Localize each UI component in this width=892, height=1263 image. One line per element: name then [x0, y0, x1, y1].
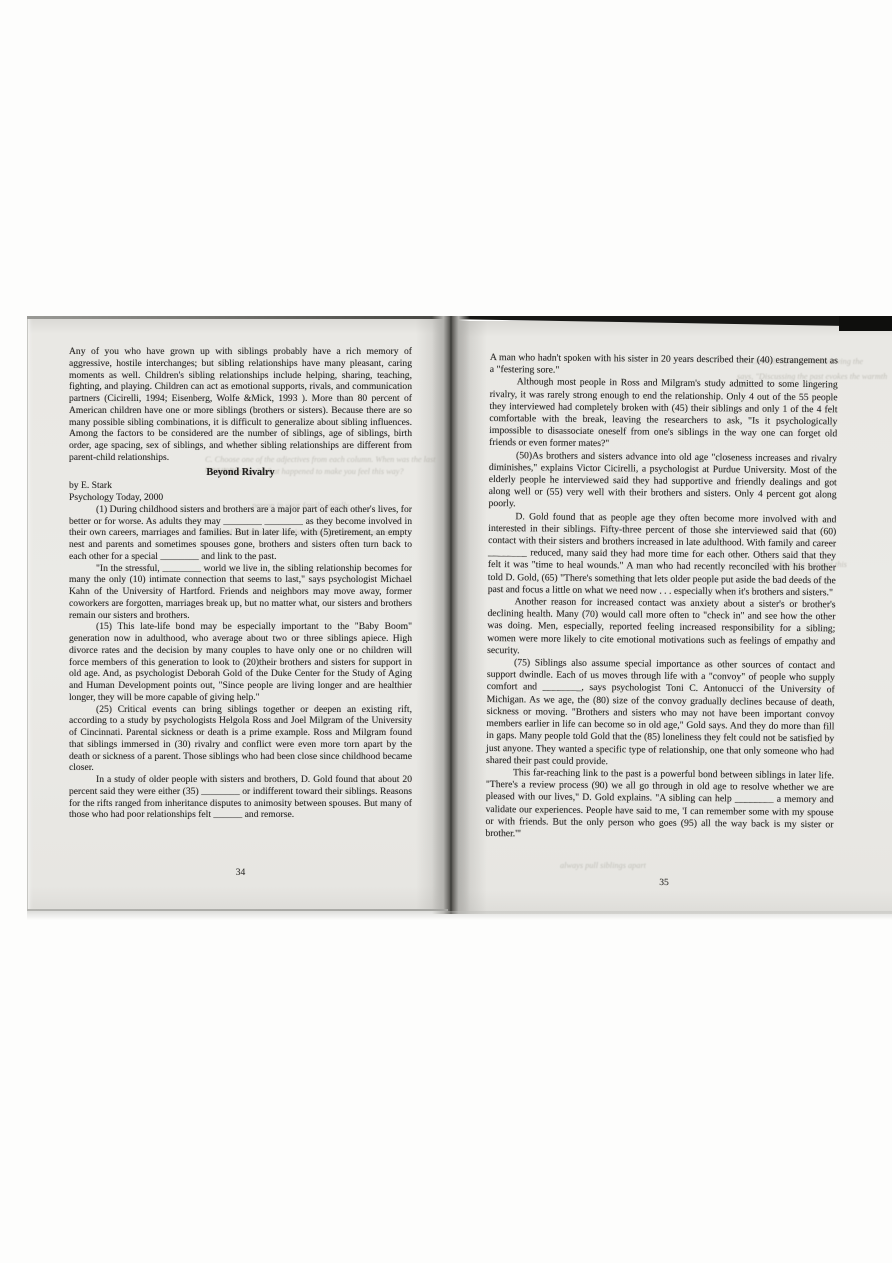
- paragraph: (15) This late-life bond may be especial…: [69, 621, 412, 703]
- ghost-text: always pull siblings apart: [560, 861, 710, 871]
- byline: by E. Stark: [69, 480, 412, 492]
- paragraph: (25) Critical events can bring siblings …: [69, 704, 412, 775]
- scanned-book-spread: C. Choose one of the adjectives from eac…: [27, 316, 892, 916]
- paragraph: (1) During childhood sisters and brother…: [69, 504, 412, 563]
- paragraph: In a study of older people with sisters …: [69, 774, 412, 821]
- paragraph: This far-reaching link to the past is a …: [485, 767, 834, 844]
- paragraph: Another reason for increased contact was…: [487, 596, 836, 660]
- paragraph: Although most people in Ross and Milgram…: [489, 376, 838, 453]
- paragraph: (50)As brothers and sisters advance into…: [488, 450, 837, 514]
- right-page-text-column: A man who hadn't spoken with his sister …: [485, 352, 838, 843]
- book-spine-gutter: [432, 316, 470, 914]
- book-bottom-shadow: [27, 911, 892, 920]
- paragraph: D. Gold found that as people age they of…: [488, 511, 837, 600]
- paragraph: A man who hadn't spoken with his sister …: [490, 352, 838, 380]
- paragraph: (75) Siblings also assume special import…: [486, 657, 835, 770]
- article-title: Beyond Rivalry: [69, 467, 412, 479]
- left-page-text-column: Any of you who have grown up with siblin…: [69, 346, 412, 821]
- intro-paragraph: Any of you who have grown up with siblin…: [69, 346, 412, 464]
- paragraph: "In the stressful, ________ world we liv…: [69, 563, 412, 622]
- source-line: Psychology Today, 2000: [69, 492, 412, 504]
- page-number-left: 34: [69, 868, 412, 878]
- book-top-right-corner: [839, 316, 892, 331]
